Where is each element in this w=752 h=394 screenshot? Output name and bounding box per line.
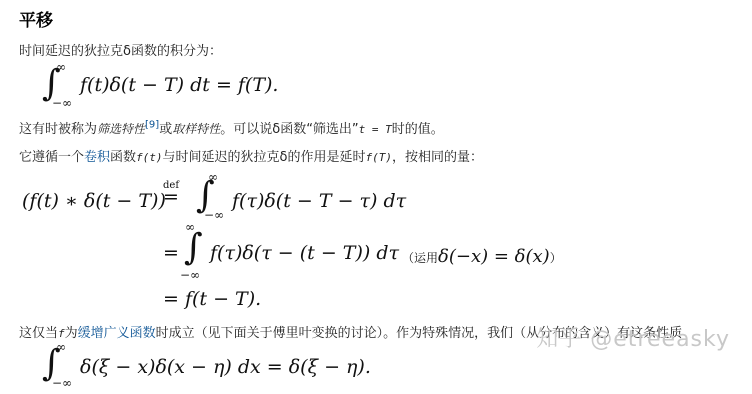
text: 时的值。 [392, 122, 444, 137]
equation-lhs: (f(t) ∗ δ(t − T)) [22, 190, 166, 212]
integral-sign: ∫ [184, 230, 203, 266]
paragraph-sifting: 这有时被称为筛选特性[9]或取样特性。可以说δ函数“筛选出”t = T时的值。 [19, 118, 444, 137]
link-convolution[interactable]: 卷积 [84, 150, 110, 165]
section-title: 平移 [19, 6, 53, 31]
text: 。可以说δ函数“筛选出” [220, 122, 358, 137]
upper-limit: ∞ [56, 340, 66, 354]
equation-2: (f(t) ∗ δ(t − T)) def = ∫ ∞ −∞ f(τ)δ(t −… [0, 168, 752, 313]
equation-line-2: f(τ)δ(τ − (t − T)) dτ [210, 242, 399, 264]
text: 这仅当 [19, 326, 58, 341]
text: 与时间延迟的狄拉克δ的作用是延时 [163, 150, 366, 165]
text: ，按相同的量： [392, 150, 483, 165]
paragraph-convolution: 它遵循一个卷积函数f(t)与时间延迟的狄拉克δ的作用是延时f(T)，按相同的量： [19, 146, 483, 165]
lower-limit: −∞ [180, 268, 200, 282]
equation-body: f(t)δ(t − T) dt = f(T). [80, 74, 278, 96]
citation-link[interactable]: [9] [145, 120, 159, 131]
inline-code: f [58, 327, 65, 340]
equation-line-1: f(τ)δ(t − T − τ) dτ [232, 190, 406, 212]
term-sifting: 筛选特性 [97, 122, 145, 136]
lower-limit: −∞ [204, 208, 224, 222]
inline-code: f(t) [136, 151, 163, 164]
equation-line-3: = f(t − T). [163, 288, 261, 310]
upper-limit: ∞ [208, 170, 218, 184]
text: 或 [159, 122, 172, 137]
watermark: 知乎 @etreeasky [536, 322, 730, 353]
link-tempered-distribution[interactable]: 缓增广义函数 [78, 326, 156, 341]
lower-limit: −∞ [52, 376, 72, 390]
text: 这有时被称为 [19, 122, 97, 137]
paragraph-intro: 时间延迟的狄拉克δ函数的积分为： [19, 40, 222, 59]
inline-code: t = T [359, 123, 392, 136]
inline-code: f(T) [366, 151, 393, 164]
equation-body: δ(ξ − x)δ(x − η) dx = δ(ξ − η). [80, 356, 371, 378]
text: 为 [65, 326, 78, 341]
note-text: （运用 [402, 251, 438, 265]
text: 函数 [110, 150, 136, 165]
note-text: ） [550, 251, 562, 265]
term-sampling: 取样特性 [172, 122, 220, 136]
upper-limit: ∞ [56, 60, 66, 74]
equals-sign: = [163, 242, 179, 264]
lower-limit: −∞ [52, 96, 72, 110]
def-equals: = [163, 186, 179, 208]
text: 它遵循一个 [19, 150, 84, 165]
equation-note: （运用δ(−x) = δ(x)） [402, 246, 562, 267]
note-math: δ(−x) = δ(x) [438, 246, 550, 267]
